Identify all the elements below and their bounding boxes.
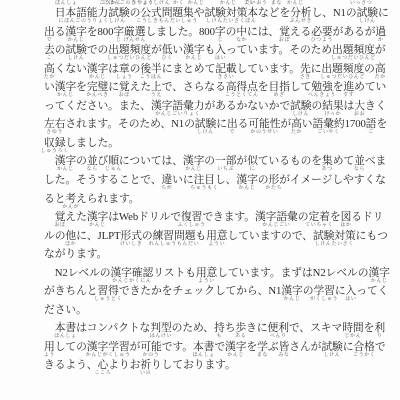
- base-text: 高得点: [226, 81, 258, 93]
- base-text: 高: [375, 63, 386, 75]
- text-segment: の: [258, 174, 269, 186]
- furigana-reading: しけん: [324, 353, 341, 359]
- base-text: 便利: [268, 322, 289, 334]
- furigana-reading: ぶんせき: [290, 19, 312, 25]
- furigana-reading: きさい: [218, 75, 235, 81]
- text-line: 本書ほんしょはコンパクトな判型はんけいのため、持もち歩あるきに便利べんりで、スキ…: [44, 322, 384, 341]
- ruby-segment: 試験しけん: [321, 341, 342, 359]
- base-text: 似: [247, 155, 258, 167]
- furigana-reading: かんじ: [57, 167, 74, 173]
- text-segment: える: [290, 26, 311, 38]
- furigana-reading: なら: [87, 167, 98, 173]
- base-text: 並: [354, 155, 365, 167]
- furigana-reading: かんじ: [57, 93, 74, 99]
- text-segment: にまとめて: [162, 63, 215, 75]
- base-text: 形式: [121, 230, 142, 242]
- furigana-reading: こうとくてん: [225, 93, 259, 99]
- base-text: した。そうすることで、: [44, 174, 161, 186]
- ruby-segment: 覚おぼ: [55, 211, 66, 229]
- base-text: 完璧: [87, 81, 108, 93]
- furigana-reading: なら: [354, 167, 365, 173]
- ruby-segment: 漢字語彙力かんじごいりょく: [151, 100, 204, 118]
- text-segment: きるよう、: [44, 359, 97, 371]
- text-segment: に: [343, 341, 354, 353]
- ruby-segment: 可能性かのうせい: [248, 118, 280, 136]
- ruby-segment: 漢字かんじ: [368, 267, 389, 285]
- base-text: に: [378, 7, 389, 19]
- base-text: び: [98, 155, 109, 167]
- furigana-reading: こころ: [94, 371, 111, 377]
- furigana-reading: いの: [140, 371, 151, 377]
- text-segment: [44, 155, 55, 167]
- base-text: して: [290, 81, 311, 93]
- ruby-segment: 高得点こうとくてん: [226, 81, 258, 99]
- base-text: 集: [322, 155, 333, 167]
- base-text: 合格: [353, 341, 374, 353]
- text-segment: はコンパクトな: [76, 322, 150, 334]
- text-segment: と: [207, 0, 218, 1]
- furigana-reading: ある: [235, 334, 246, 340]
- base-text: です。: [162, 341, 193, 353]
- base-text: 漢字確認: [110, 267, 153, 279]
- text-segment: いに: [172, 174, 193, 186]
- ruby-segment: 漢字かんじ: [185, 0, 206, 7]
- base-text: で、さらなる: [162, 81, 226, 93]
- base-text: 覚: [119, 81, 130, 93]
- text-segment: べま: [365, 155, 386, 167]
- furigana-reading: すす: [343, 93, 354, 99]
- base-text: での: [87, 44, 108, 56]
- text-segment: できます。: [202, 211, 255, 223]
- text-segment: えた: [65, 211, 86, 223]
- base-text: も: [205, 44, 216, 56]
- base-text: 形: [268, 174, 279, 186]
- furigana-reading: げんせん: [124, 38, 146, 44]
- ruby-segment: 並なら: [87, 155, 98, 173]
- ruby-segment: 先さき: [300, 63, 311, 81]
- furigana-reading: はか: [340, 223, 351, 229]
- text-segment: の: [204, 155, 215, 167]
- ruby-segment: 可能かのう: [140, 341, 161, 359]
- text-line: ルの他ほかに、JLPT形式けいしきの練習問題れんしゅうもんだいも用意よういしてい…: [44, 230, 384, 249]
- ruby-segment: 勉強べんきょう: [311, 81, 332, 99]
- text-line: ながります。: [44, 248, 384, 267]
- ruby-segment: 章しょう: [119, 63, 130, 81]
- text-line: 用ようしての漢字学習かんじがくしゅうが可能かのうです。本書ほんしょで漢字かんじを…: [44, 341, 384, 360]
- text-segment: ルの: [44, 230, 65, 242]
- base-text: 練習問題: [153, 230, 196, 242]
- base-text: 違: [161, 174, 172, 186]
- furigana-reading: ほんしょ: [54, 334, 76, 340]
- ruby-segment: 漢字かんじ: [87, 63, 108, 81]
- base-text: を: [377, 118, 388, 130]
- text-segment: の: [130, 63, 141, 75]
- ruby-segment: 考かんが: [65, 193, 76, 211]
- furigana-reading: しゅつだいひんど: [320, 75, 365, 81]
- base-text: きく: [365, 100, 386, 112]
- base-text: しての: [55, 341, 87, 353]
- base-text: ち: [225, 322, 236, 334]
- base-text: の: [204, 155, 215, 167]
- furigana-reading: ちが: [161, 186, 172, 192]
- base-text: を: [330, 211, 341, 223]
- base-text: 漢字: [281, 285, 302, 297]
- furigana-reading: おお: [354, 112, 365, 118]
- furigana-reading: ごいやく: [317, 130, 339, 136]
- ruby-segment: 学習がくしゅう: [313, 285, 334, 303]
- ruby-segment: 試験しけん: [290, 100, 311, 118]
- base-text: 過: [375, 26, 386, 38]
- ruby-segment: 持も: [214, 322, 225, 340]
- text-segment: にもつ: [356, 230, 388, 242]
- ruby-segment: 合格ごうかく: [353, 341, 374, 359]
- text-line: ると考かんがえられます。: [44, 193, 384, 212]
- text-segment: を: [377, 118, 388, 130]
- text-segment: で、スキマ: [289, 322, 342, 334]
- text-segment: に: [108, 81, 119, 93]
- base-text: が: [130, 341, 141, 353]
- ruby-segment: 語ご: [366, 118, 377, 136]
- base-text: 後半: [140, 63, 161, 75]
- ruby-segment: 漢字かんじ: [183, 44, 204, 62]
- base-text: 本書: [193, 341, 214, 353]
- base-text: 中: [236, 26, 247, 38]
- text-segment: い: [44, 81, 55, 93]
- base-text: ぶものです。: [282, 0, 345, 1]
- text-segment: る: [238, 118, 249, 130]
- base-text: には、: [247, 26, 279, 38]
- ruby-segment: 完璧かんぺき: [87, 81, 108, 99]
- text-segment: が: [236, 155, 247, 167]
- furigana-reading: かんじ: [220, 1, 237, 7]
- text-segment: ているものを: [258, 155, 322, 167]
- base-text: 先: [300, 63, 311, 75]
- base-text: 試験対策本: [204, 7, 257, 19]
- base-text: 漢字: [225, 341, 246, 353]
- base-text: を: [76, 81, 87, 93]
- text-segment: を: [330, 211, 341, 223]
- base-text: 日本語能力試験: [55, 7, 130, 19]
- ruby-segment: 利り: [374, 322, 385, 340]
- base-text: 低: [162, 44, 173, 56]
- text-segment: や: [194, 7, 205, 19]
- ruby-segment: 漢字確認かんじかくにん: [110, 267, 153, 285]
- base-text: 祈: [140, 359, 151, 371]
- text-segment: が: [375, 44, 386, 56]
- base-text: 去: [44, 44, 55, 56]
- ruby-segment: 目指めざ: [269, 81, 290, 99]
- ruby-segment: 出題頻度しゅつだいひんど: [332, 44, 375, 62]
- ruby-segment: 漢字かんじ: [87, 211, 108, 229]
- base-text: ださい。: [44, 304, 87, 316]
- furigana-reading: かんじ: [227, 353, 244, 359]
- ruby-segment: 漢字かんじ: [281, 285, 302, 303]
- ruby-segment: 定着ていちゃく: [308, 211, 329, 229]
- ruby-segment: 公式問題集こうしきもんだいしゅう: [140, 7, 193, 25]
- text-segment: っています。そのため: [226, 44, 332, 56]
- furigana-reading: かんじ: [371, 279, 388, 285]
- text-segment: し、: [215, 174, 236, 186]
- furigana-reading: にほんごのうりょくしけん: [59, 19, 126, 25]
- base-text: の: [55, 44, 66, 56]
- furigana-reading: なか: [236, 38, 247, 44]
- text-segment: があるかないかで: [204, 100, 290, 112]
- base-text: きるよう、: [44, 359, 97, 371]
- text-segment: を: [333, 81, 344, 93]
- text-segment: よりお: [108, 359, 140, 371]
- base-text: で: [375, 341, 386, 353]
- ruby-segment: 低ひく: [162, 44, 173, 62]
- base-text: い: [172, 44, 183, 56]
- base-text: 目指: [269, 81, 290, 93]
- ruby-segment: 試験しけん: [357, 7, 378, 25]
- furigana-reading: おぼ: [279, 38, 290, 44]
- base-text: 一部: [215, 155, 236, 167]
- ruby-segment: 試験対策しけんたいさく: [313, 230, 356, 248]
- text-line: 漢字かんじの並ならび順じゅんについては、漢字かんじの一部いちぶが似にているものを…: [44, 155, 384, 174]
- base-text: めてい: [354, 81, 386, 93]
- text-segment: ぶものです。: [282, 0, 345, 1]
- base-text: に: [311, 63, 322, 75]
- furigana-reading: ほか: [65, 242, 76, 248]
- ruby-segment: 他ほか: [65, 230, 76, 248]
- furigana-reading: かんじ: [185, 56, 202, 62]
- furigana-reading: かんじがくしゅう: [86, 353, 131, 359]
- furigana-reading: こ: [47, 56, 53, 62]
- text-segment: し、N1の: [311, 7, 356, 19]
- base-text: を: [364, 322, 375, 334]
- base-text: 厳選: [124, 26, 145, 38]
- base-text: 高: [44, 63, 55, 75]
- ruby-segment: 漢字かんじ: [183, 155, 204, 173]
- base-text: 高: [291, 118, 302, 130]
- ruby-segment: 形式けいしき: [121, 230, 142, 248]
- base-text: 漢字: [236, 174, 257, 186]
- base-text: 出: [227, 118, 238, 130]
- base-text: 利: [374, 322, 385, 334]
- base-text: 漢字: [87, 63, 108, 75]
- base-text: るドリ: [351, 211, 383, 223]
- base-text: で: [214, 341, 225, 353]
- ruby-segment: 高たか: [375, 63, 386, 81]
- furigana-reading: みな: [278, 353, 289, 359]
- base-text: に: [108, 81, 119, 93]
- ruby-segment: 覚おぼ: [279, 26, 290, 44]
- base-text: さんが: [289, 341, 321, 353]
- base-text: [44, 211, 55, 223]
- base-text: はWebドリルで: [108, 211, 181, 223]
- furigana-reading: かんじ: [89, 223, 106, 229]
- base-text: の: [76, 155, 87, 167]
- text-segment: に: [311, 63, 322, 75]
- text-line: ってください。また、漢字語彙力かんじごいりょくがあるかないかで試験しけんの結果け…: [44, 100, 384, 119]
- ruby-segment: 皆みな: [279, 341, 290, 359]
- ruby-segment: 本書ほんしょ: [193, 341, 214, 359]
- furigana-reading: かんじ: [89, 75, 106, 81]
- furigana-reading: こうしきもんだいしゅう: [136, 19, 198, 25]
- furigana-reading: いちぶ: [217, 167, 234, 173]
- furigana-reading: おぼ: [119, 93, 130, 99]
- ruby-segment: 高たか: [291, 118, 302, 136]
- text-line: きるよう、心こころよりお祈いのりしております。: [44, 359, 384, 378]
- furigana-reading: かのう: [143, 353, 160, 359]
- base-text: 漢字: [55, 81, 76, 93]
- furigana-reading: ごい: [244, 1, 255, 7]
- furigana-reading: しけん: [359, 19, 376, 25]
- ruby-segment: 学まな: [257, 341, 268, 359]
- text-segment: が: [280, 118, 291, 130]
- base-text: で、スキマ: [289, 322, 342, 334]
- base-text: しています。まずはN2レベルの: [217, 267, 368, 279]
- base-text: いに: [172, 174, 193, 186]
- base-text: を: [333, 81, 344, 93]
- base-text: 並: [87, 155, 98, 167]
- text-segment: がきちんと: [44, 285, 97, 297]
- furigana-reading: うえ: [151, 93, 162, 99]
- base-text: の: [258, 174, 269, 186]
- text-segment: リストも: [153, 267, 196, 279]
- text-segment: が: [151, 44, 162, 56]
- text-segment: の: [226, 26, 237, 38]
- text-segment: さんが: [289, 341, 321, 353]
- ruby-segment: 字じ: [215, 26, 226, 44]
- ruby-segment: 形かたち: [268, 174, 279, 192]
- ruby-segment: 進すす: [343, 81, 354, 99]
- furigana-reading: べんきょう: [308, 93, 336, 99]
- base-text: ルの: [44, 230, 65, 242]
- base-text: に、JLPT: [76, 230, 120, 242]
- base-text: し、: [215, 174, 236, 186]
- ruby-segment: 日本語能力試験にほんごのうりょくしけん: [55, 7, 130, 25]
- text-line: あり、N1の合格ごうかくに必要ひつようとする漢字かんじと漢字かんじ語彙ごいを学ま…: [44, 0, 384, 7]
- base-text: にもつ: [356, 230, 388, 242]
- ruby-segment: 必要ひつよう: [311, 26, 332, 44]
- text-segment: る: [55, 26, 66, 38]
- ruby-segment: 集あつ: [322, 155, 333, 173]
- base-text: が: [151, 44, 162, 56]
- base-text: 字: [215, 26, 226, 38]
- text-segment: [44, 322, 55, 334]
- base-text: べま: [365, 155, 386, 167]
- ruby-segment: 漢字かんじ: [55, 155, 76, 173]
- base-text: していますので、: [228, 230, 313, 242]
- furigana-reading: ごうかく: [99, 1, 121, 7]
- text-segment: [44, 7, 55, 19]
- base-text: し、N1の: [311, 7, 356, 19]
- furigana-reading: れんしゅうもんだい: [149, 242, 199, 248]
- furigana-reading: ひつよう: [131, 1, 153, 7]
- text-segment: [44, 211, 55, 223]
- base-text: 入: [215, 44, 226, 56]
- text-line: 覚おぼえた漢字かんじはWebドリルで復習ふくしゅうできます。漢字語彙かんじごいの…: [44, 211, 384, 230]
- ruby-segment: 便利べんり: [268, 322, 289, 340]
- text-line: 出でる漢字かんじを800字じ厳選げんせんしました。800字じの中なかには、覚おぼ…: [44, 26, 384, 45]
- base-text: 出題頻度: [332, 44, 375, 56]
- base-text: が: [280, 118, 291, 130]
- furigana-reading: しけんたいさくぼん: [206, 19, 256, 25]
- text-segment: りしております。: [151, 359, 236, 371]
- base-text: や: [194, 7, 205, 19]
- base-text: 上: [151, 81, 162, 93]
- text-segment: の: [142, 230, 153, 242]
- text-segment: るドリ: [351, 211, 383, 223]
- furigana-reading: かんじごい: [262, 223, 290, 229]
- ruby-segment: 一部いちぶ: [215, 155, 236, 173]
- base-text: 注目: [194, 174, 215, 186]
- text-segment: での: [87, 44, 108, 56]
- base-text: などを: [258, 7, 290, 19]
- ruby-segment: 漢字かんじ: [225, 341, 246, 359]
- furigana-reading: かんぺき: [86, 93, 108, 99]
- base-text: 学: [257, 341, 268, 353]
- furigana-reading: しけんたいさく: [315, 242, 354, 248]
- base-text: は: [344, 100, 355, 112]
- base-text: 試験対策: [313, 230, 356, 242]
- base-text: 出題頻度: [108, 44, 151, 56]
- furigana-reading: ご: [368, 130, 374, 136]
- furigana-reading: がくしゅう: [310, 297, 338, 303]
- base-text: 収録: [44, 137, 65, 149]
- ruby-segment: 語彙ごい: [239, 0, 260, 7]
- scanned-page-text: あり、N1の合格ごうかくに必要ひつようとする漢字かんじと漢字かんじ語彙ごいを学ま…: [44, 0, 384, 378]
- base-text: 順: [108, 155, 119, 167]
- ruby-segment: 左右さゆう: [44, 118, 65, 136]
- base-text: っています。そのため: [226, 44, 332, 56]
- text-line: い漢字かんじを完璧かんぺきに覚おぼえた上うえで、さらなる高得点こうとくてんを目指…: [44, 81, 384, 100]
- text-segment: のため、: [172, 322, 214, 334]
- base-text: の: [226, 26, 237, 38]
- base-text: の: [298, 211, 309, 223]
- furigana-reading: はんけい: [150, 334, 172, 340]
- base-text: があるかないかで: [204, 100, 290, 112]
- base-text: されます。そのため、N1の: [65, 118, 194, 130]
- base-text: 漢字: [183, 155, 204, 167]
- furigana-reading: べんり: [270, 334, 287, 340]
- ruby-segment: 中なか: [236, 26, 247, 44]
- ruby-segment: 試験しけん: [65, 44, 86, 62]
- base-text: も: [195, 230, 206, 242]
- furigana-reading: ようい: [208, 242, 225, 248]
- base-text: 用意: [196, 267, 217, 279]
- text-segment: の: [311, 100, 322, 112]
- ruby-segment: 漢字かんじ: [218, 0, 239, 7]
- ruby-segment: 本書ほんしょ: [55, 322, 76, 340]
- text-segment: できたかをチェックしてから、N1: [119, 285, 281, 297]
- text-line: ださい。: [44, 304, 384, 323]
- ruby-segment: 入はい: [215, 44, 226, 62]
- ruby-segment: 収録しゅうろく: [44, 137, 65, 155]
- ruby-segment: 用よう: [44, 341, 55, 359]
- text-segment: ながります。: [44, 248, 107, 260]
- base-text: の: [364, 63, 375, 75]
- base-text: 心: [97, 359, 108, 371]
- text-line: 左右さゆうされます。そのため、N1の試験しけんに出でる可能性かのうせいが高たかい…: [44, 118, 384, 137]
- ruby-segment: 判型はんけい: [150, 322, 171, 340]
- base-text: 判型: [150, 322, 171, 334]
- furigana-reading: ちゅうもく: [190, 186, 218, 192]
- base-text: とする: [153, 0, 185, 1]
- text-segment: を800: [87, 26, 114, 38]
- ruby-segment: 練習問題れんしゅうもんだい: [153, 230, 196, 248]
- text-segment: きに: [246, 322, 267, 334]
- furigana-reading: ていちゃく: [305, 223, 333, 229]
- base-text: できたかをチェックしてから、N1: [119, 285, 281, 297]
- ruby-segment: 復習ふくしゅう: [181, 211, 202, 229]
- furigana-reading: ひつよう: [311, 38, 333, 44]
- text-segment: などを: [258, 7, 290, 19]
- text-segment: しています。まずはN2レベルの: [217, 267, 368, 279]
- text-segment: えた: [130, 81, 151, 93]
